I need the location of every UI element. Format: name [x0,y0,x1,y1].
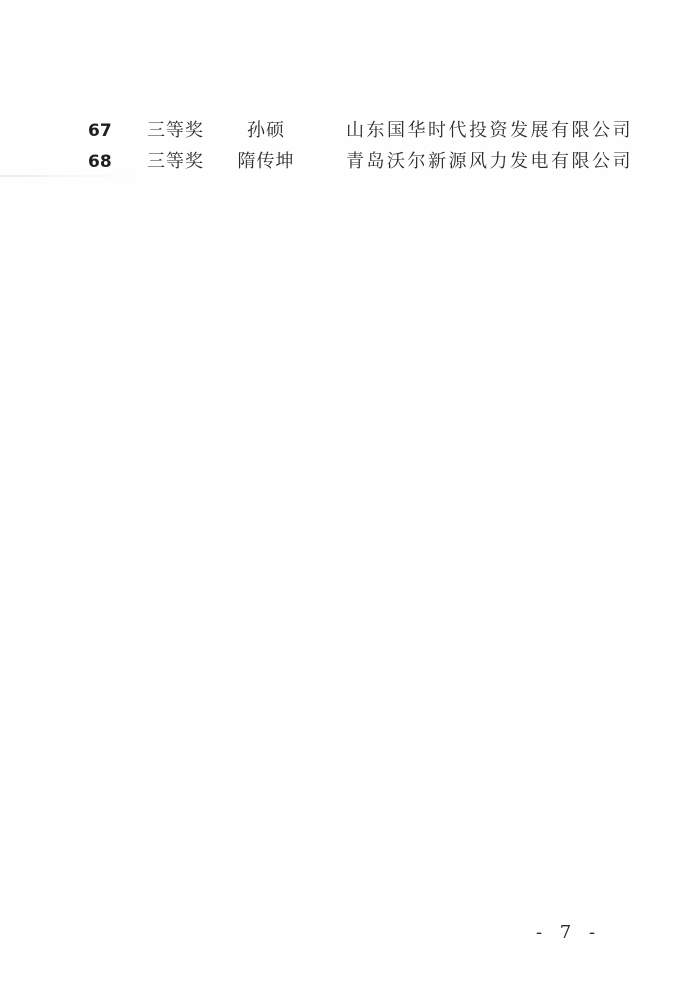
row-number: 68 [88,147,112,177]
company-name: 山东国华时代投资发展有限公司 [346,116,633,146]
award-level: 三等奖 [147,147,204,177]
table-row: 67 三等奖 孙硕 山东国华时代投资发展有限公司 [0,116,700,146]
table-row: 68 三等奖 隋传坤 青岛沃尔新源风力发电有限公司 [0,147,700,177]
page-number: - 7 - [536,918,601,948]
person-name: 隋传坤 [225,147,307,177]
row-number: 67 [88,116,112,146]
document-page: 67 三等奖 孙硕 山东国华时代投资发展有限公司 68 三等奖 隋传坤 青岛沃尔… [0,0,700,998]
company-name: 青岛沃尔新源风力发电有限公司 [346,147,633,177]
award-level: 三等奖 [147,116,204,146]
person-name: 孙硕 [225,116,307,146]
scan-artifact-line [0,175,140,177]
